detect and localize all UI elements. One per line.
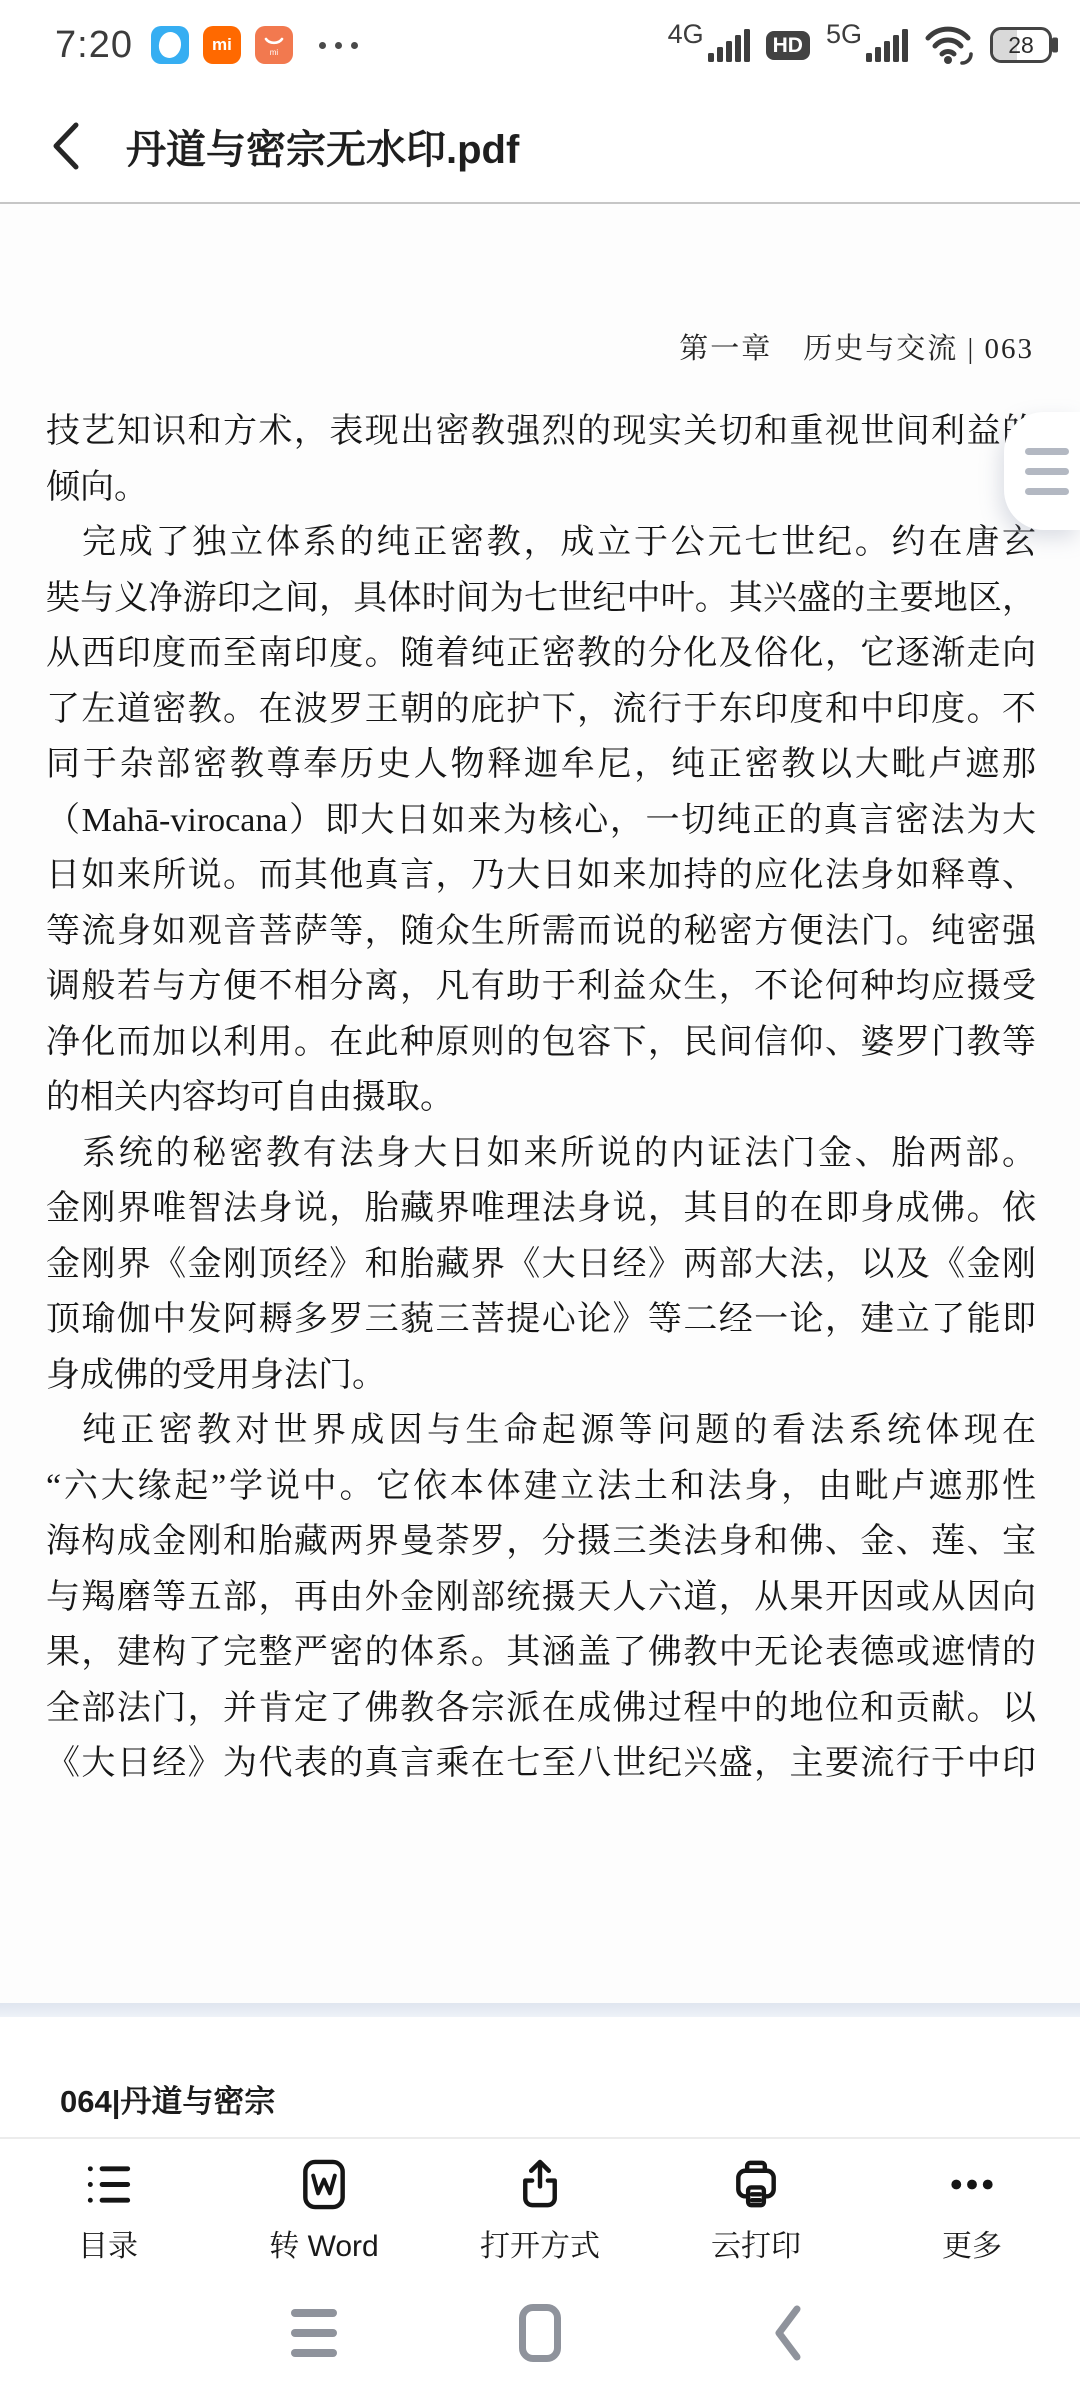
open-with-share-icon [512, 2157, 568, 2212]
text-line: （Mahā-virocana）即大日如来为核心，一切纯正的真言密法为大 [46, 793, 1036, 849]
text-line: 海构成金刚和胎藏两界曼荼罗，分摄三类法身和佛、金、莲、宝 [46, 1514, 1036, 1570]
more-notifications-icon [319, 42, 358, 49]
app-header: 丹道与密宗无水印.pdf [0, 90, 1080, 202]
hamburger-icon [1025, 448, 1069, 455]
battery-icon: 28 [990, 27, 1052, 63]
text-line: 金刚界《金刚顶经》和胎藏界《大日经》两部大法，以及《金刚 [46, 1237, 1036, 1293]
text-line: “六大缘起”学说中。它依本体建立法土和法身，由毗卢遮那性 [46, 1459, 1036, 1515]
text-line: 净化而加以利用。在此种原则的包容下，民间信仰、婆罗门教等 [46, 1015, 1036, 1071]
text-line: 从西印度而至南印度。随着纯正密教的分化及俗化，它逐渐走向 [46, 626, 1036, 682]
home-icon [519, 2304, 561, 2362]
status-bar: 7:20 mi mi 4G HD 5G [0, 0, 1080, 90]
running-header: 第一章 历史与交流 | 063 [679, 326, 1034, 367]
back-button[interactable] [50, 116, 98, 176]
text-line: 系统的秘密教有法身大日如来所说的内证法门金、胎两部。 [46, 1126, 1036, 1182]
hd-volte-badge: HD [766, 31, 810, 60]
text-line: 的相关内容均可自由摄取。 [46, 1070, 1036, 1126]
sim2-signal: 5G [826, 28, 908, 62]
more-button[interactable]: 更多 [912, 2139, 1032, 2265]
more-dots-icon [944, 2157, 1000, 2212]
svg-text:mi: mi [270, 48, 279, 57]
text-line: 纯正密教对世界成因与生命起源等问题的看法系统体现在 [46, 1403, 1036, 1459]
page-separator [0, 2003, 1080, 2017]
cloud-print-button[interactable]: 云打印 [696, 2139, 816, 2265]
text-line: 全部法门，并肯定了佛教各宗派在成佛过程中的地位和贡献。以 [46, 1681, 1036, 1737]
text-line: 等流身如观音菩萨等，随众生所需而说的秘密方便法门。纯密强 [46, 904, 1036, 960]
battery-percent: 28 [1008, 32, 1034, 59]
text-line: 了左道密教。在波罗王朝的庇护下，流行于东印度和中印度。不 [46, 682, 1036, 738]
text-line: 奘与义净游印之间，具体时间为七世纪中叶。其兴盛的主要地区， [46, 571, 1036, 627]
word-convert-icon [296, 2157, 352, 2212]
network-type-1: 4G [668, 19, 704, 50]
status-indicators: 4G HD 5G [668, 21, 1052, 70]
page-body-text: 技艺知识和方术，表现出密教强烈的现实关切和重视世间利益的倾向。完成了独立体系的纯… [46, 404, 1036, 1792]
toc-list-icon [80, 2157, 136, 2212]
home-button[interactable] [480, 2265, 600, 2400]
cloud-print-icon [728, 2157, 784, 2212]
signal-bars-icon [708, 28, 750, 62]
text-line: 与羯磨等五部，再由外金刚部统摄天人六道，从果开因或从因向 [46, 1570, 1036, 1626]
text-line: 调般若与方便不相分离，凡有助于利益众生，不论何种均应摄受 [46, 959, 1036, 1015]
text-line: 《大日经》为代表的真言乘在七至八世纪兴盛，主要流行于中印 [46, 1736, 1036, 1792]
xiaomi-notification-icon: mi [203, 26, 241, 64]
text-line: 同于杂部密教尊奉历史人物释迦牟尼，纯正密教以大毗卢遮那 [46, 737, 1036, 793]
mi-store-notification-icon: mi [255, 26, 293, 64]
text-line: 完成了独立体系的纯正密教，成立于公元七世纪。约在唐玄 [46, 515, 1036, 571]
messenger-notification-icon [151, 26, 189, 64]
text-line: 果，建构了完整严密的体系。其涵盖了佛教中无论表德或遮情的 [46, 1625, 1036, 1681]
signal-bars-icon [866, 28, 908, 62]
nav-back-icon [773, 2303, 803, 2363]
text-line: 身成佛的受用身法门。 [46, 1348, 1036, 1404]
sim1-signal: 4G [668, 28, 750, 62]
document-title: 丹道与密宗无水印.pdf [126, 118, 519, 175]
text-line: 金刚界唯智法身说，胎藏界唯理法身说，其目的在即身成佛。依 [46, 1181, 1036, 1237]
text-line: 倾向。 [46, 460, 1036, 516]
bottom-toolbar: 目录 转 Word 打开方式 [0, 2137, 1080, 2265]
system-navigation-bar [0, 2265, 1080, 2400]
recents-button[interactable] [254, 2265, 374, 2400]
next-page-top[interactable]: 064|丹道与密宗 [0, 2017, 1080, 2137]
text-line: 日如来所说。而其他真言，乃大日如来加持的应化法身如释尊、 [46, 848, 1036, 904]
clock: 7:20 [55, 24, 133, 67]
convert-to-word-button[interactable]: 转 Word [264, 2139, 384, 2265]
text-line: 技艺知识和方术，表现出密教强烈的现实关切和重视世间利益的 [46, 404, 1036, 460]
phone-screen: 7:20 mi mi 4G HD 5G [0, 0, 1080, 2400]
open-with-button[interactable]: 打开方式 [480, 2139, 600, 2265]
nav-back-button[interactable] [728, 2265, 848, 2400]
toc-button[interactable]: 目录 [48, 2139, 168, 2265]
wifi-calling-icon [924, 21, 974, 70]
next-page-running-header: 064|丹道与密宗 [60, 2076, 275, 2121]
network-type-2: 5G [826, 19, 862, 50]
back-chevron-icon [50, 120, 82, 172]
side-menu-handle[interactable] [1004, 412, 1080, 530]
recents-icon [291, 2309, 337, 2357]
pdf-viewport[interactable]: 第一章 历史与交流 | 063 技艺知识和方术，表现出密教强烈的现实关切和重视世… [0, 204, 1080, 2003]
text-line: 顶瑜伽中发阿耨多罗三藐三菩提心论》等二经一论，建立了能即 [46, 1292, 1036, 1348]
